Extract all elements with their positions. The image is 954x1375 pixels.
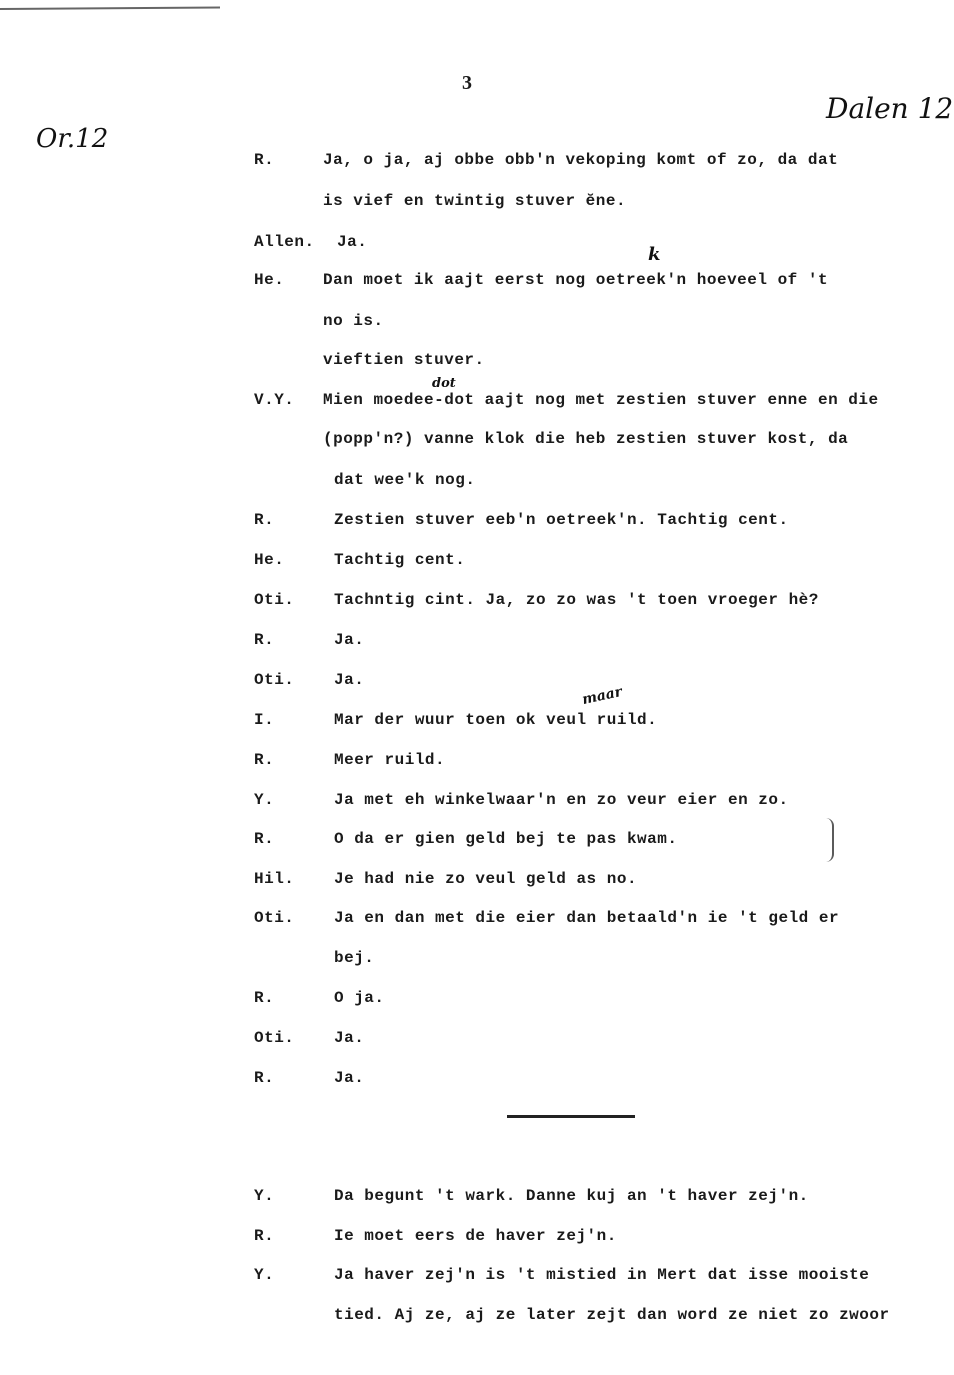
handwritten-correction: dot — [432, 376, 456, 391]
dialogue-line: Tachntig cint. Ja, zo zo was 't toen vro… — [334, 590, 819, 610]
dialogue-line: is vief en twintig stuver ĕne. — [323, 191, 626, 211]
speaker-label: Oti. — [254, 590, 294, 610]
speaker-label: Y. — [254, 1265, 274, 1285]
dialogue-line: dat wee'k nog. — [334, 470, 475, 490]
speaker-label: R. — [254, 829, 274, 849]
speaker-label: Hil. — [254, 869, 294, 889]
dialogue-line: Ja. — [334, 1028, 364, 1048]
dialogue-line: O ja. — [334, 988, 385, 1008]
pencil-mark — [826, 818, 834, 862]
speaker-label: R. — [254, 510, 274, 530]
dialogue-line: vieftien stuver. — [323, 350, 485, 370]
speaker-label: V.Y. — [254, 390, 294, 410]
section-divider — [507, 1115, 635, 1118]
dialogue-line: no is. — [323, 311, 384, 331]
dialogue-line: Dan moet ik aajt eerst nog oetreek'n hoe… — [323, 270, 828, 290]
dialogue-line: Zestien stuver eeb'n oetreek'n. Tachtig … — [334, 510, 789, 530]
dialogue-line: Ja met eh winkelwaar'n en zo veur eier e… — [334, 790, 789, 810]
dialogue-line: Ja. — [334, 1068, 364, 1088]
speaker-label: Oti. — [254, 670, 294, 690]
speaker-label: I. — [254, 710, 274, 730]
speaker-label: Oti. — [254, 908, 294, 928]
dialogue-line: Ja haver zej'n is 't mistied in Mert dat… — [334, 1265, 869, 1285]
speaker-label: Allen. — [254, 232, 315, 252]
speaker-label: Y. — [254, 1186, 274, 1206]
dialogue-line: bej. — [334, 948, 374, 968]
dialogue-line: Meer ruild. — [334, 750, 445, 770]
dialogue-line: Ja en dan met die eier dan betaald'n ie … — [334, 908, 839, 928]
speaker-label: Y. — [254, 790, 274, 810]
handwritten-annotation-left: Or.12 — [36, 124, 108, 154]
handwritten-correction: maar — [581, 684, 624, 708]
handwritten-correction: k — [648, 244, 660, 265]
dialogue-line: O da er gien geld bej te pas kwam. — [334, 829, 677, 849]
speaker-label: R. — [254, 1068, 274, 1088]
dialogue-line: Ie moet eers de haver zej'n. — [334, 1226, 617, 1246]
speaker-label: He. — [254, 270, 284, 290]
speaker-label: R. — [254, 1226, 274, 1246]
dialogue-line: Ja. — [334, 630, 364, 650]
speaker-label: He. — [254, 550, 284, 570]
dialogue-line: Da begunt 't wark. Danne kuj an 't haver… — [334, 1186, 809, 1206]
page-number: 3 — [462, 72, 472, 95]
dialogue-line: (popp'n?) vanne klok die heb zestien stu… — [323, 429, 848, 449]
handwritten-annotation-right: Dalen 12 — [826, 92, 953, 125]
dialogue-line: Ja. — [334, 670, 364, 690]
scan-edge-line — [0, 6, 220, 10]
dialogue-line: Ja, o ja, aj obbe obb'n vekoping komt of… — [323, 150, 838, 170]
dialogue-line: Mien moedee-dot aajt nog met zestien stu… — [323, 390, 879, 410]
dialogue-line: Ja. — [337, 232, 367, 252]
speaker-label: R. — [254, 630, 274, 650]
speaker-label: R. — [254, 750, 274, 770]
speaker-label: R. — [254, 150, 274, 170]
dialogue-line: Mar der wuur toen ok veul ruild. — [334, 710, 657, 730]
dialogue-line: Tachtig cent. — [334, 550, 465, 570]
dialogue-line: Je had nie zo veul geld as no. — [334, 869, 637, 889]
speaker-label: Oti. — [254, 1028, 294, 1048]
dialogue-line: tied. Aj ze, aj ze later zejt dan word z… — [334, 1305, 890, 1325]
speaker-label: R. — [254, 988, 274, 1008]
